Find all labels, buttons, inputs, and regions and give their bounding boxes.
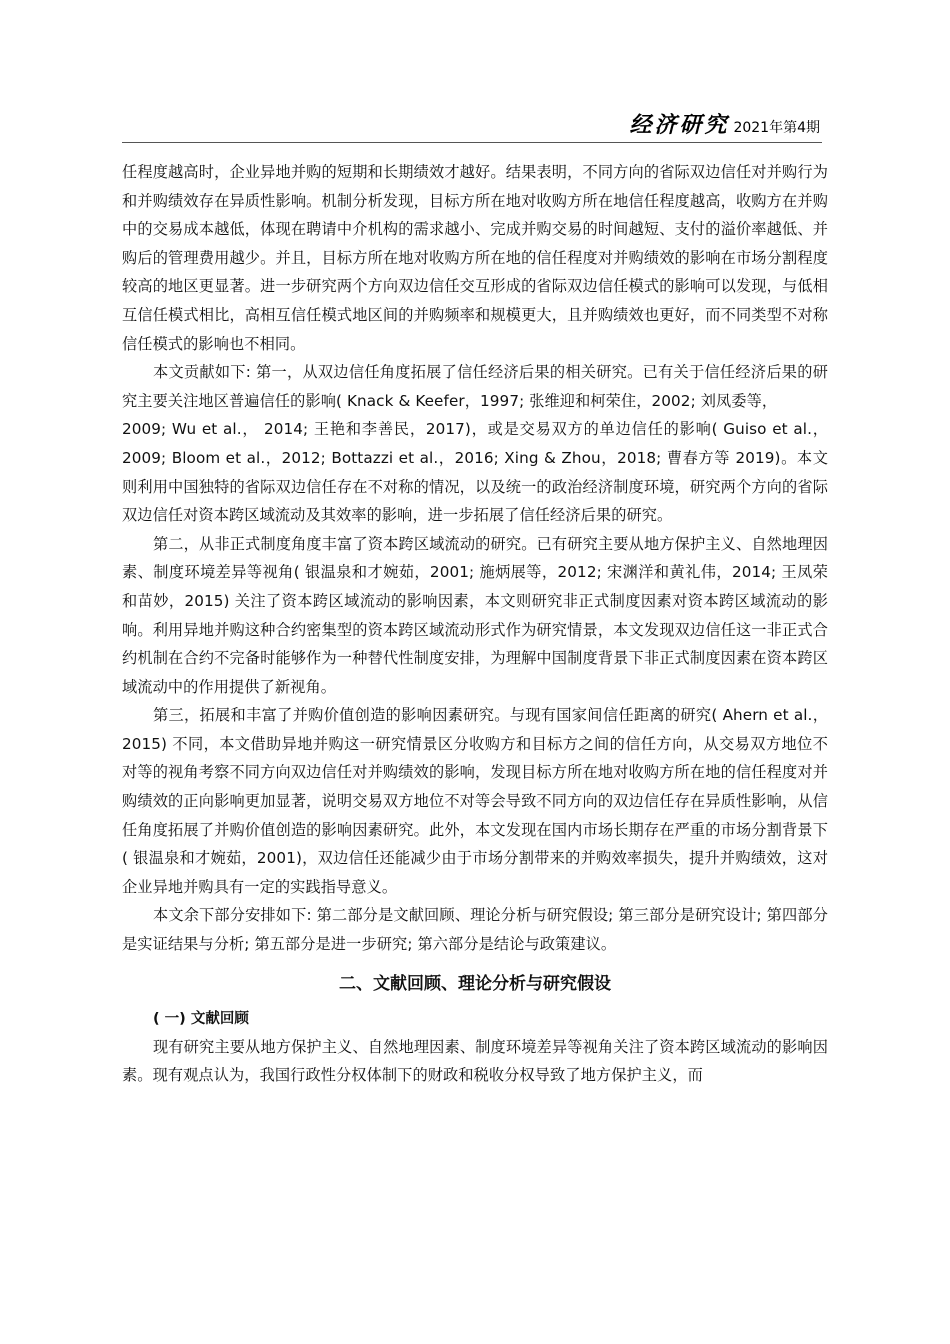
subsection-title: ( 一) 文献回顾 bbox=[122, 1005, 828, 1033]
paragraph-contribution-2: 第二，从非正式制度角度丰富了资本跨区域流动的研究。已有研究主要从地方保护主义、自… bbox=[122, 530, 828, 702]
section-title: 二、文献回顾、理论分析与研究假设 bbox=[122, 969, 828, 999]
paragraph-literature-review: 现有研究主要从地方保护主义、自然地理因素、制度环境差异等视角关注了资本跨区域流动… bbox=[122, 1033, 828, 1090]
journal-name: 经济研究 bbox=[629, 108, 729, 139]
page-header: 经济研究 2021年第4期 bbox=[122, 110, 822, 143]
paragraph-contribution-1: 本文贡献如下: 第一，从双边信任角度拓展了信任经济后果的相关研究。已有关于信任经… bbox=[122, 358, 828, 415]
article-body: 任程度越高时，企业异地并购的短期和长期绩效才越好。结果表明，不同方向的省际双边信… bbox=[122, 158, 828, 1090]
journal-issue: 2021年第4期 bbox=[733, 117, 820, 137]
paragraph-results-summary: 任程度越高时，企业异地并购的短期和长期绩效才越好。结果表明，不同方向的省际双边信… bbox=[122, 158, 828, 358]
paragraph-contribution-1-cont: 2009; Wu et al.， 2014; 王艳和李善民，2017)，或是交易… bbox=[122, 415, 828, 529]
journal-masthead: 经济研究 2021年第4期 bbox=[629, 108, 820, 139]
paragraph-structure: 本文余下部分安排如下: 第二部分是文献回顾、理论分析与研究假设; 第三部分是研究… bbox=[122, 901, 828, 958]
paragraph-contribution-3: 第三，拓展和丰富了并购价值创造的影响因素研究。与现有国家间信任距离的研究( Ah… bbox=[122, 701, 828, 901]
